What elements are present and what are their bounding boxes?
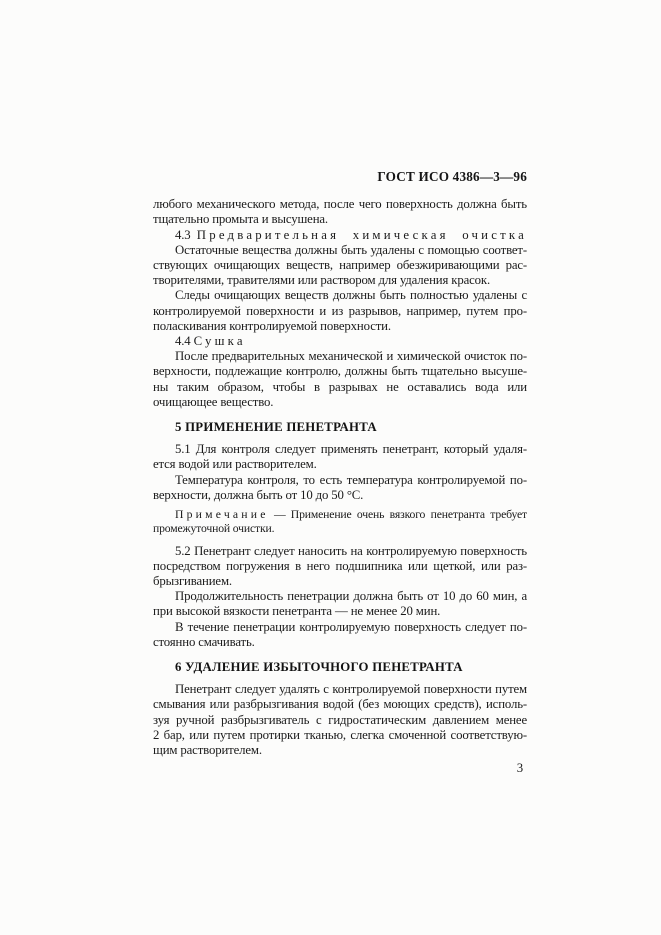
paragraph: В течение пенетрации контролируемую пове… [153, 620, 527, 650]
section-subheading: 4.4 Сушка [153, 334, 527, 349]
text-line: Следы очищающих веществ должны быть полн… [153, 288, 527, 303]
text-line: В течение пенетрации контролируемую пове… [153, 620, 527, 635]
text-line: контролируемой поверхности и из разрывов… [153, 304, 527, 319]
text-line: 5.1 Для контроля следует применять пенет… [153, 442, 527, 457]
paragraph: Температура контроля, то есть температур… [153, 473, 527, 503]
text-line: Продолжительность пенетрации должна быть… [153, 589, 527, 604]
text-line: промежуточной очистки. [153, 522, 527, 536]
text-line: при высокой вязкости пенетранта — не мен… [153, 604, 527, 619]
text-line: Пенетрант следует удалять с контролируем… [153, 682, 527, 697]
text-line: 5 ПРИМЕНЕНИЕ ПЕНЕТРАНТА [153, 420, 527, 435]
text-line: Температура контроля, то есть температур… [153, 473, 527, 488]
section-subheading: 4.3 Предварительная химическая очистка [153, 228, 527, 243]
text-line: 5.2 Пенетрант следует наносить на контро… [153, 544, 527, 559]
text-line: стоянно смачивать. [153, 635, 527, 650]
document-page: ГОСТ ИСО 4386—3—96 любого механического … [0, 0, 661, 935]
paragraph: 5.1 Для контроля следует применять пенет… [153, 442, 527, 472]
text-line: ны таким образом, чтобы в разрывах не ос… [153, 380, 527, 395]
text-line: ствующих очищающих веществ, например обе… [153, 258, 527, 273]
text-line: ется водой или растворителем. [153, 457, 527, 472]
spaced-term: Примечание [175, 508, 269, 521]
paragraph: После предварительных механической и хим… [153, 349, 527, 410]
paragraph: Пенетрант следует удалять с контролируем… [153, 682, 527, 758]
text-line: щим растворителем. [153, 743, 527, 758]
text-run: 4.4 [175, 334, 191, 348]
text-line: брызгиванием. [153, 574, 527, 589]
text-line: верхности, подлежащие контролю, должны б… [153, 364, 527, 379]
text-line: посредством погружения в него подшипника… [153, 559, 527, 574]
text-line: 6 УДАЛЕНИЕ ИЗБЫТОЧНОГО ПЕНЕТРАНТА [153, 660, 527, 675]
text-line: Примечание — Применение очень вязкого пе… [153, 508, 527, 522]
text-line: тщательно промыта и высушена. [153, 212, 527, 227]
section-heading: 6 УДАЛЕНИЕ ИЗБЫТОЧНОГО ПЕНЕТРАНТА [153, 660, 527, 675]
text-line: 2 бар, или путем протирки тканью, слегка… [153, 728, 527, 743]
text-line: зуя ручной разбрызгиватель с гидростатич… [153, 713, 527, 728]
paragraph: Остаточные вещества должны быть удалены … [153, 243, 527, 289]
text-line: поласкивания контролируемой поверхности. [153, 319, 527, 334]
text-line: любого механического метода, после чего … [153, 197, 527, 212]
note-paragraph: Примечание — Применение очень вязкого пе… [153, 508, 527, 536]
text-line: 4.3 Предварительная химическая очистка [153, 228, 527, 243]
text-line: После предварительных механической и хим… [153, 349, 527, 364]
paragraph: Продолжительность пенетрации должна быть… [153, 589, 527, 619]
text-run: 4.3 [175, 228, 191, 242]
document-code-header: ГОСТ ИСО 4386—3—96 [153, 169, 527, 184]
paragraph: 5.2 Пенетрант следует наносить на контро… [153, 544, 527, 590]
spaced-term: Предварительная химическая очистка [197, 228, 527, 242]
paragraph: любого механического метода, после чего … [153, 197, 527, 227]
paragraph: Следы очищающих веществ должны быть полн… [153, 288, 527, 334]
text-run: — Применение очень вязкого пенетранта тр… [274, 508, 527, 521]
text-line: Остаточные вещества должны быть удалены … [153, 243, 527, 258]
text-line: очищающее вещество. [153, 395, 527, 410]
text-column: ГОСТ ИСО 4386—3—96 любого механического … [153, 169, 527, 777]
document-body: любого механического метода, после чего … [153, 197, 527, 758]
text-line: 4.4 Сушка [153, 334, 527, 349]
text-line: творителями, травителями или раствором д… [153, 273, 527, 288]
spaced-term: Сушка [194, 334, 246, 348]
page-number: 3 [153, 761, 527, 776]
text-line: верхности, должна быть от 10 до 50 °С. [153, 488, 527, 503]
section-heading: 5 ПРИМЕНЕНИЕ ПЕНЕТРАНТА [153, 420, 527, 435]
text-line: смывания или разбрызгивания водой (без м… [153, 697, 527, 712]
